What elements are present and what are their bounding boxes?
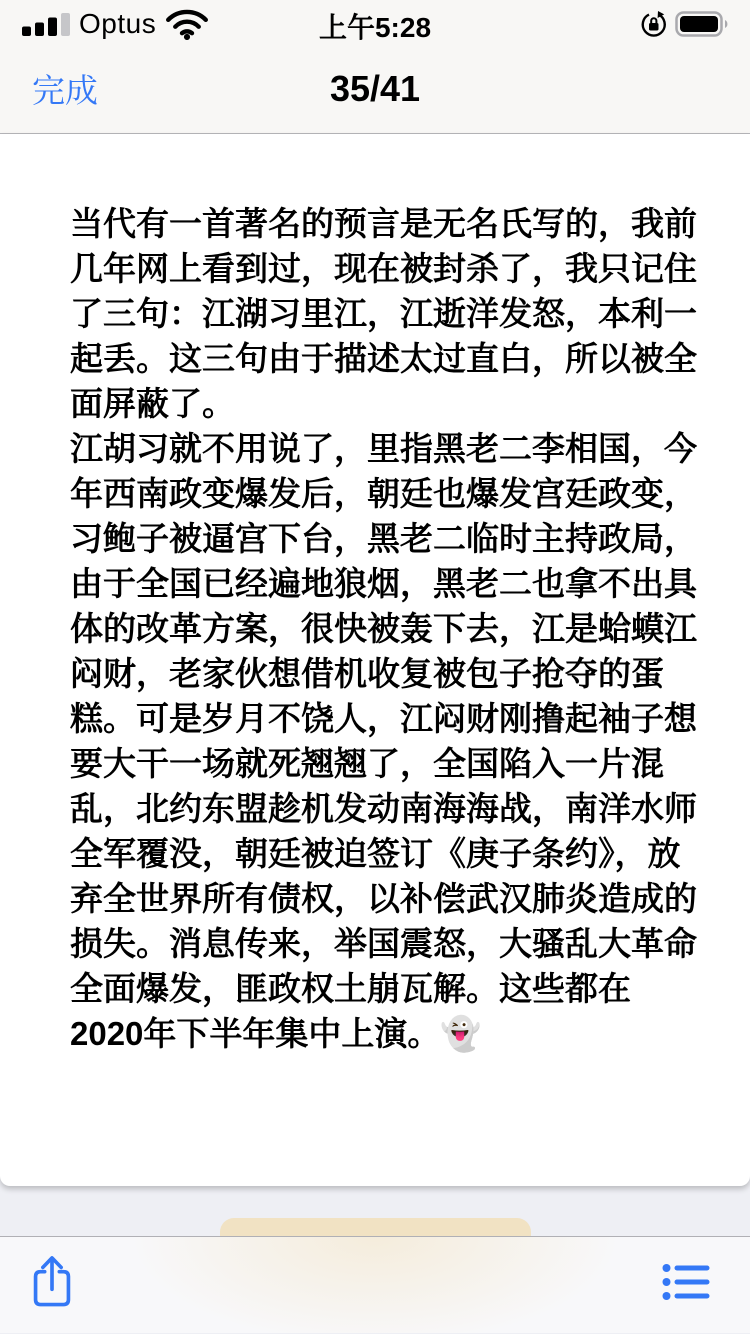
bottom-toolbar [0, 1236, 750, 1333]
share-icon [30, 1254, 74, 1310]
top-chrome: Optus 上午5:28 [0, 0, 750, 134]
status-bar: Optus 上午5:28 [0, 0, 750, 44]
signal-strength-icon [22, 13, 70, 36]
orientation-lock-icon [640, 11, 667, 38]
done-button[interactable]: 完成 [28, 59, 102, 118]
page-gap [0, 1186, 750, 1236]
document-page[interactable]: 当代有一首著名的预言是无名氏写的，我前几年网上看到过，现在被封杀了，我只记住了三… [0, 134, 750, 1186]
contents-list-button[interactable] [658, 1259, 714, 1305]
bullet-list-icon [662, 1263, 710, 1301]
page-indicator: 35/41 [0, 68, 750, 110]
wifi-icon [165, 9, 209, 40]
battery-icon [675, 11, 732, 37]
iphone-screen: Optus 上午5:28 [0, 0, 750, 1334]
paragraph-1: 当代有一首著名的预言是无名氏写的，我前几年网上看到过，现在被封杀了，我只记住了三… [70, 201, 702, 426]
paragraph-2: 江胡习就不用说了，里指黑老二李相国，今年西南政变爆发后，朝廷也爆发宫廷政变，习鲍… [70, 426, 702, 1056]
share-button[interactable] [26, 1250, 78, 1314]
carrier-label: Optus [79, 8, 156, 40]
nav-bar: 完成 35/41 [0, 44, 750, 134]
